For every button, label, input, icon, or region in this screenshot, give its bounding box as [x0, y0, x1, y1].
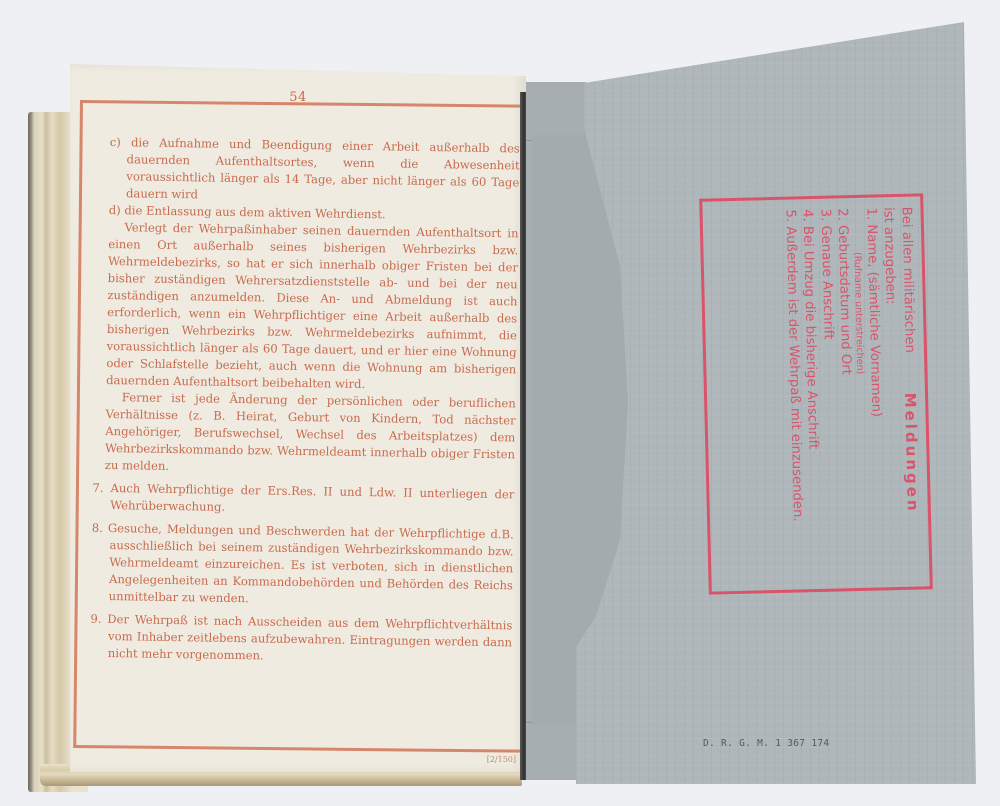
stamp-heading: Meldungen	[901, 392, 922, 513]
left-page: 54 c) die Aufnahme und Beendigung einer …	[70, 64, 526, 772]
stamp-text: Bei allen militärischen ist anzugeben: 1…	[702, 196, 929, 589]
item-text: Gesuche, Meldungen und Beschwerden hat d…	[108, 521, 514, 605]
page-text: c) die Aufnahme und Beendigung einer Arb…	[102, 134, 520, 668]
open-wehrpass-booklet: 54 c) die Aufnahme und Beendigung einer …	[0, 0, 1000, 806]
numbered-item-8: 8. Gesuche, Meldungen und Beschwerden ha…	[91, 520, 514, 612]
numbered-item-9: 9. Der Wehrpaß ist nach Ausscheiden aus …	[90, 611, 513, 669]
item-text: die Aufnahme und Beendigung einer Arbeit…	[126, 135, 520, 201]
item-text: Der Wehrpaß ist nach Ausscheiden aus dem…	[107, 612, 512, 662]
paragraph-relocation: Verlegt der Wehrpaßinhaber seinen dauern…	[106, 219, 519, 395]
list-item-c: c) die Aufnahme und Beendigung einer Arb…	[109, 134, 520, 208]
item-label: c)	[110, 135, 121, 149]
print-code: [2/150]	[487, 755, 516, 764]
paragraph-changes: Ferner ist jede Änderung der persönliche…	[105, 389, 516, 480]
numbered-item-7: 7. Auch Wehrpflichtige der Ers.Res. II u…	[92, 480, 514, 521]
instruction-stamp: Bei allen militärischen ist anzugeben: 1…	[699, 193, 933, 594]
item-number: 8.	[92, 521, 103, 535]
item-number: 9.	[90, 612, 101, 626]
item-number: 7.	[92, 481, 103, 495]
item-text: die Entlassung aus dem aktiven Wehrdiens…	[124, 203, 385, 221]
item-text: Auch Wehrpflichtige der Ers.Res. II und …	[110, 481, 514, 514]
patent-mark: D. R. G. M. 1 367 174	[703, 738, 829, 749]
item-label: d)	[109, 203, 121, 217]
